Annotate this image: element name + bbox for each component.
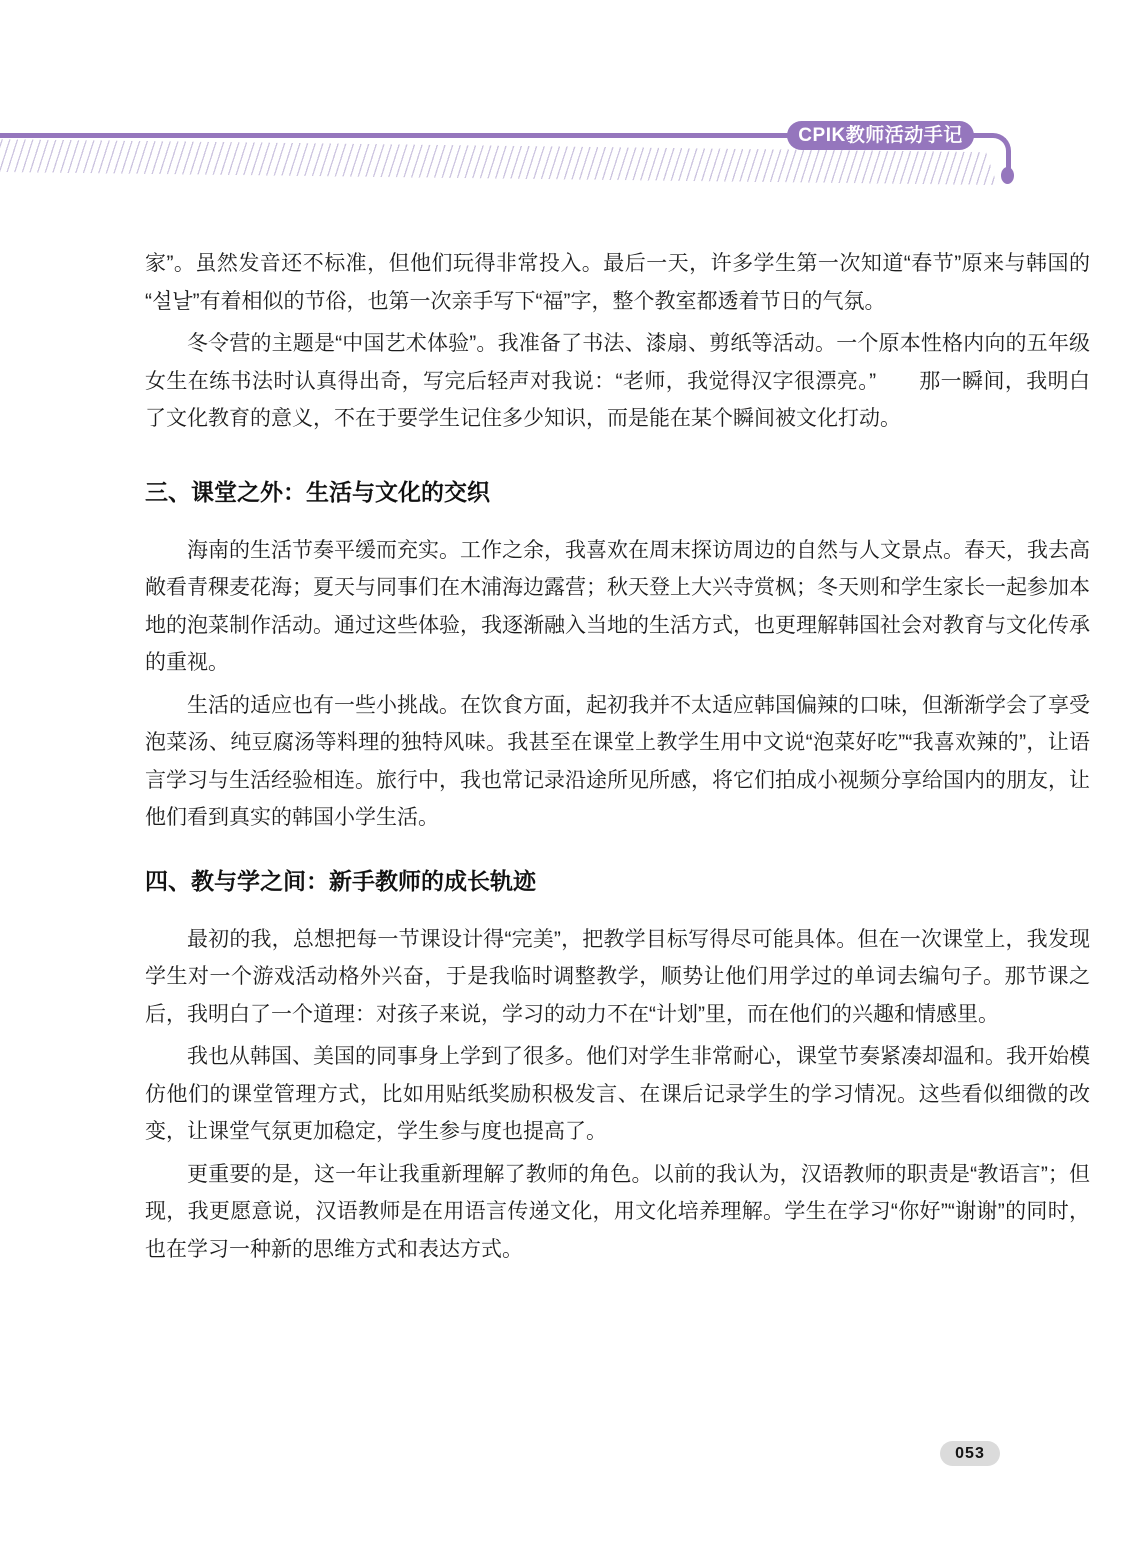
body-paragraph-section4-1: 最初的我，总想把每一节课设计得“完美”，把教学目标写得尽可能具体。但在一次课堂上… <box>145 921 1090 1034</box>
article-body: 家”。虽然发音还不标准，但他们玩得非常投入。最后一天，许多学生第一次知道“春节”… <box>145 245 1090 1273</box>
document-page: CPIK教师活动手记 家”。虽然发音还不标准，但他们玩得非常投入。最后一天，许多… <box>0 0 1146 1555</box>
body-paragraph-continuation: 家”。虽然发音还不标准，但他们玩得非常投入。最后一天，许多学生第一次知道“春节”… <box>145 245 1090 320</box>
page-number: 053 <box>955 1446 985 1462</box>
body-paragraph-section3-2: 生活的适应也有一些小挑战。在饮食方面，起初我并不太适应韩国偏辣的口味，但渐渐学会… <box>145 687 1090 837</box>
body-paragraph-winter-camp: 冬令营的主题是“中国艺术体验”。我准备了书法、漆扇、剪纸等活动。一个原本性格内向… <box>145 325 1090 438</box>
body-paragraph-section4-2: 我也从韩国、美国的同事身上学到了很多。他们对学生非常耐心，课堂节奏紧凑却温和。我… <box>145 1038 1090 1151</box>
body-paragraph-section4-3: 更重要的是，这一年让我重新理解了教师的角色。以前的我认为，汉语教师的职责是“教语… <box>145 1156 1090 1269</box>
section-heading-4: 四、教与学之间：新手教师的成长轨迹 <box>145 865 1090 897</box>
section-heading-3: 三、课堂之外：生活与文化的交织 <box>145 476 1090 508</box>
header-end-dot <box>1001 167 1014 184</box>
header-ribbon-label: CPIK教师活动手记 <box>798 126 962 145</box>
body-paragraph-section3-1: 海南的生活节奏平缓而充实。工作之余，我喜欢在周末探访周边的自然与人文景点。春天，… <box>145 532 1090 682</box>
header-ribbon-badge: CPIK教师活动手记 <box>787 121 974 150</box>
page-number-badge: 053 <box>940 1441 1000 1466</box>
